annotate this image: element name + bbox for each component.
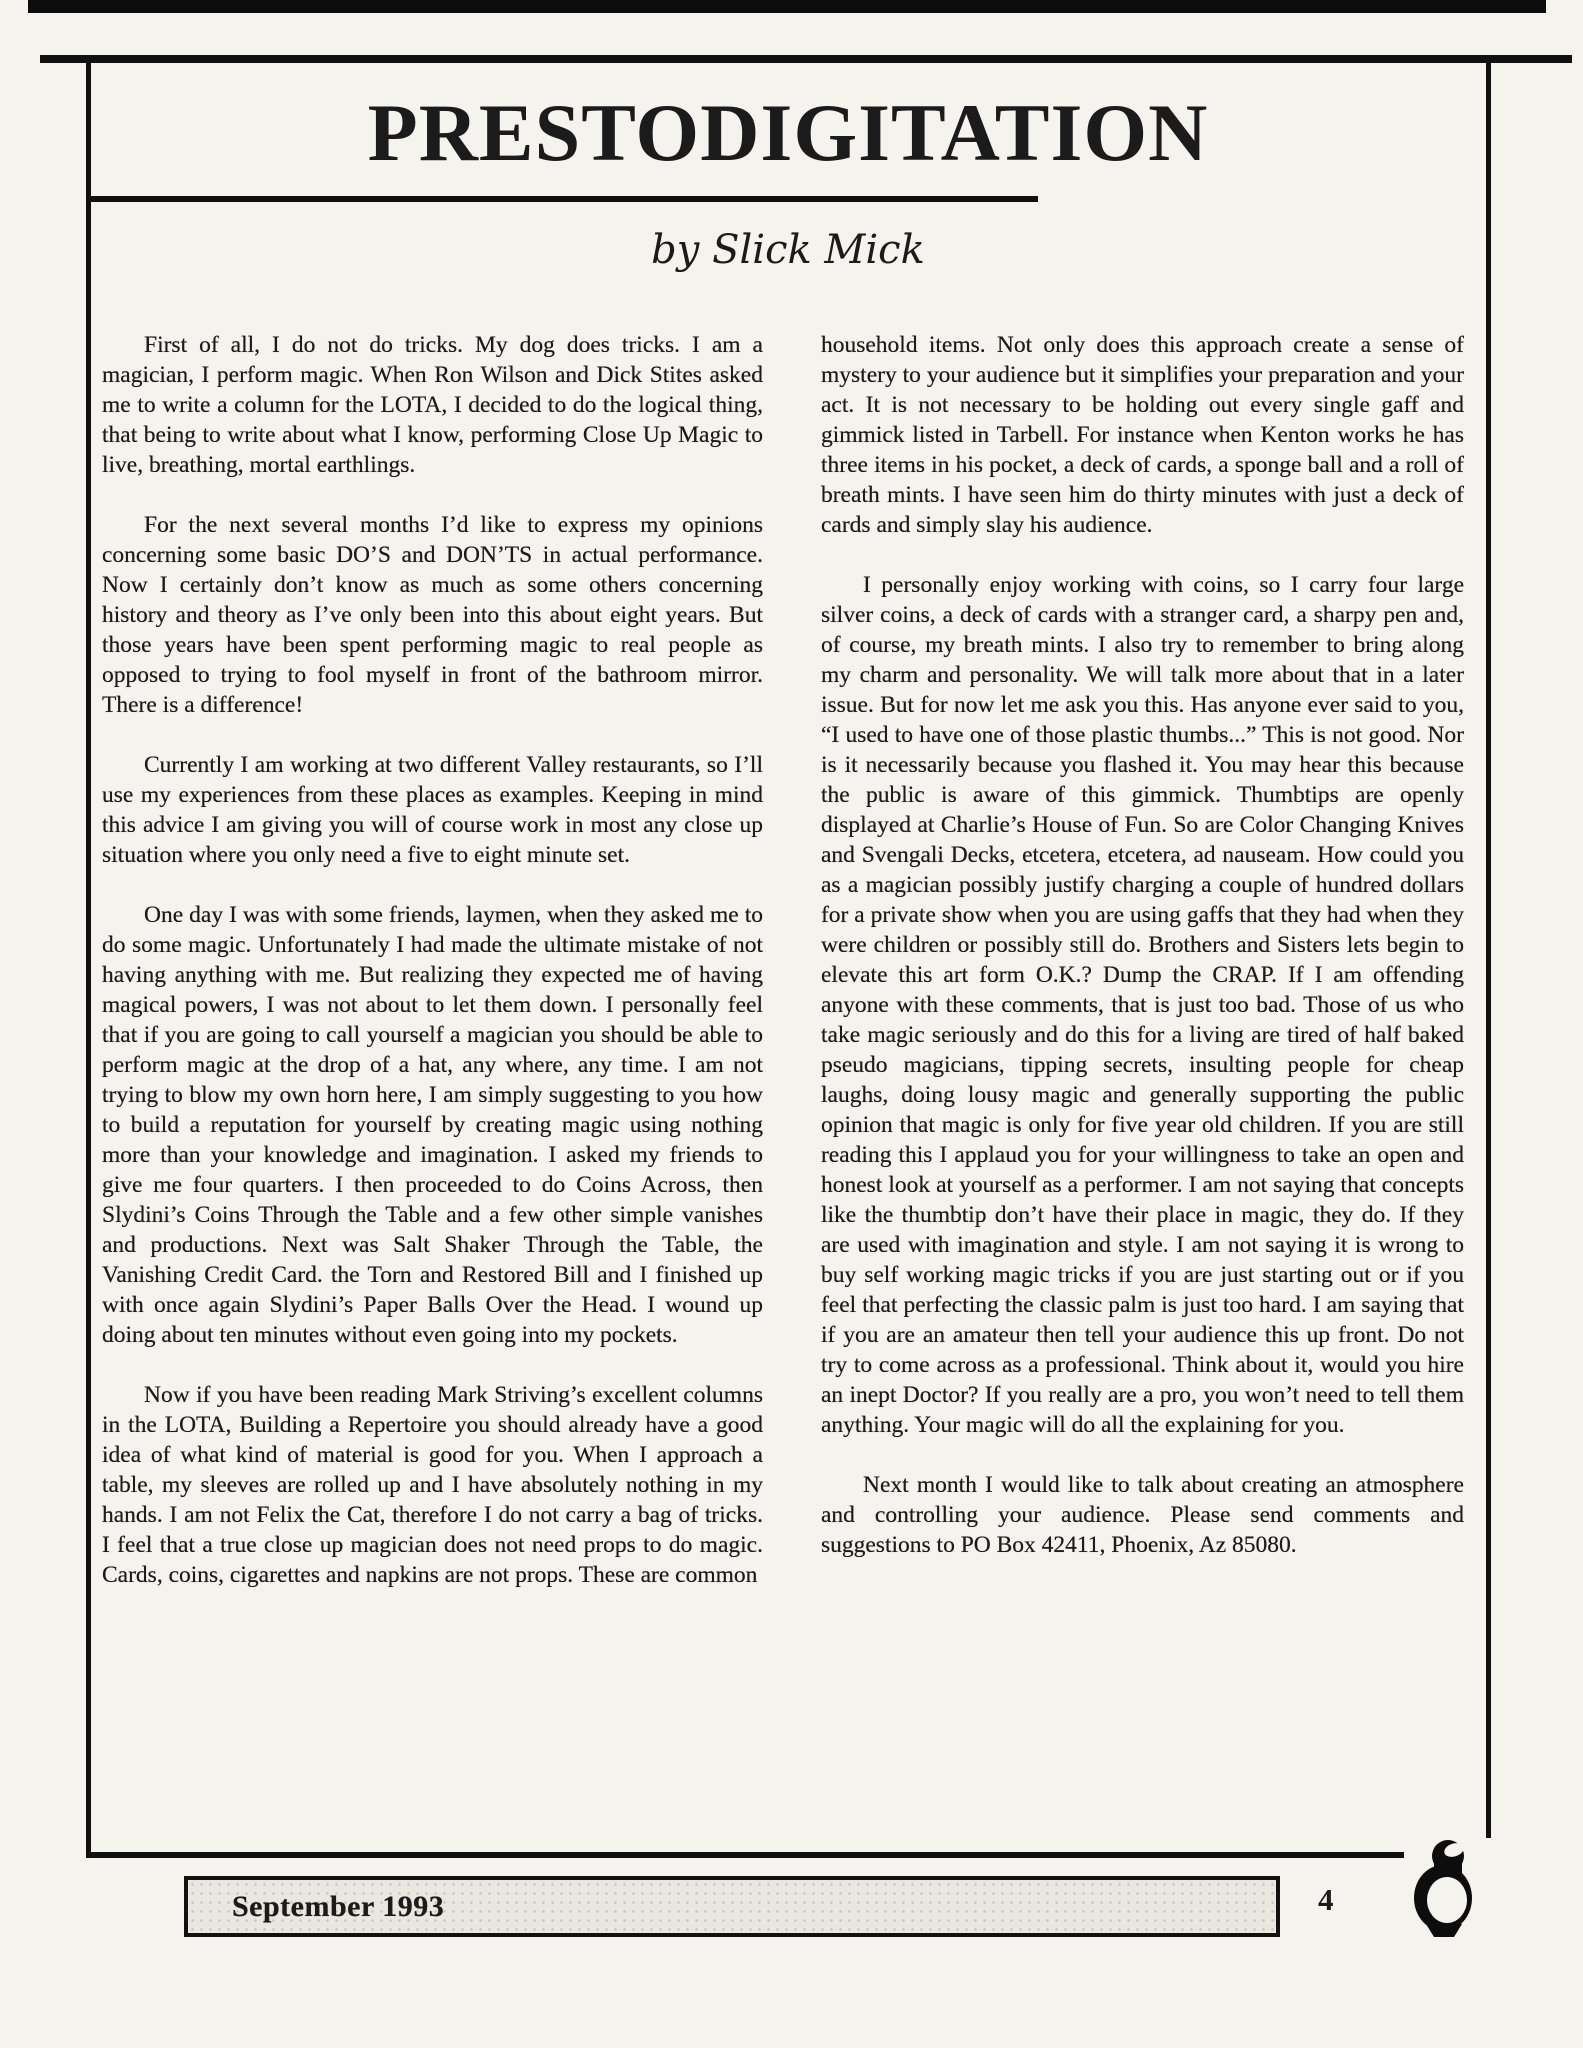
paragraph: Currently I am working at two different … xyxy=(102,750,763,870)
penguin-icon xyxy=(1404,1836,1482,1938)
frame-top-rule xyxy=(40,55,1572,63)
scanned-newsletter-page: PRESTODIGITATION by Slick Mick First of … xyxy=(0,0,1583,2048)
scan-edge-artifact xyxy=(28,0,1546,13)
paragraph: For the next several months I’d like to … xyxy=(102,510,763,720)
frame-left-border xyxy=(86,58,91,1858)
column-right: household items. Not only does this appr… xyxy=(821,330,1464,1590)
page-number: 4 xyxy=(1318,1882,1334,1918)
paragraph: One day I was with some friends, laymen,… xyxy=(102,900,763,1350)
paragraph: First of all, I do not do tricks. My dog… xyxy=(102,330,763,480)
byline: by Slick Mick xyxy=(90,226,1486,274)
title-underline-rule xyxy=(86,196,1038,202)
page-title: PRESTODIGITATION xyxy=(90,92,1486,174)
article-body: First of all, I do not do tricks. My dog… xyxy=(102,330,1464,1590)
frame-bottom-rule xyxy=(86,1852,1404,1858)
paragraph: I personally enjoy working with coins, s… xyxy=(821,570,1464,1440)
continuation-paragraph: household items. Not only does this appr… xyxy=(821,330,1464,540)
paragraph: Next month I would like to talk about cr… xyxy=(821,1470,1464,1560)
frame-right-border xyxy=(1486,58,1491,1838)
issue-date-box: September 1993 xyxy=(184,1876,1280,1937)
paragraph: Now if you have been reading Mark Strivi… xyxy=(102,1380,763,1590)
issue-date: September 1993 xyxy=(188,1890,444,1924)
column-left: First of all, I do not do tricks. My dog… xyxy=(102,330,763,1590)
